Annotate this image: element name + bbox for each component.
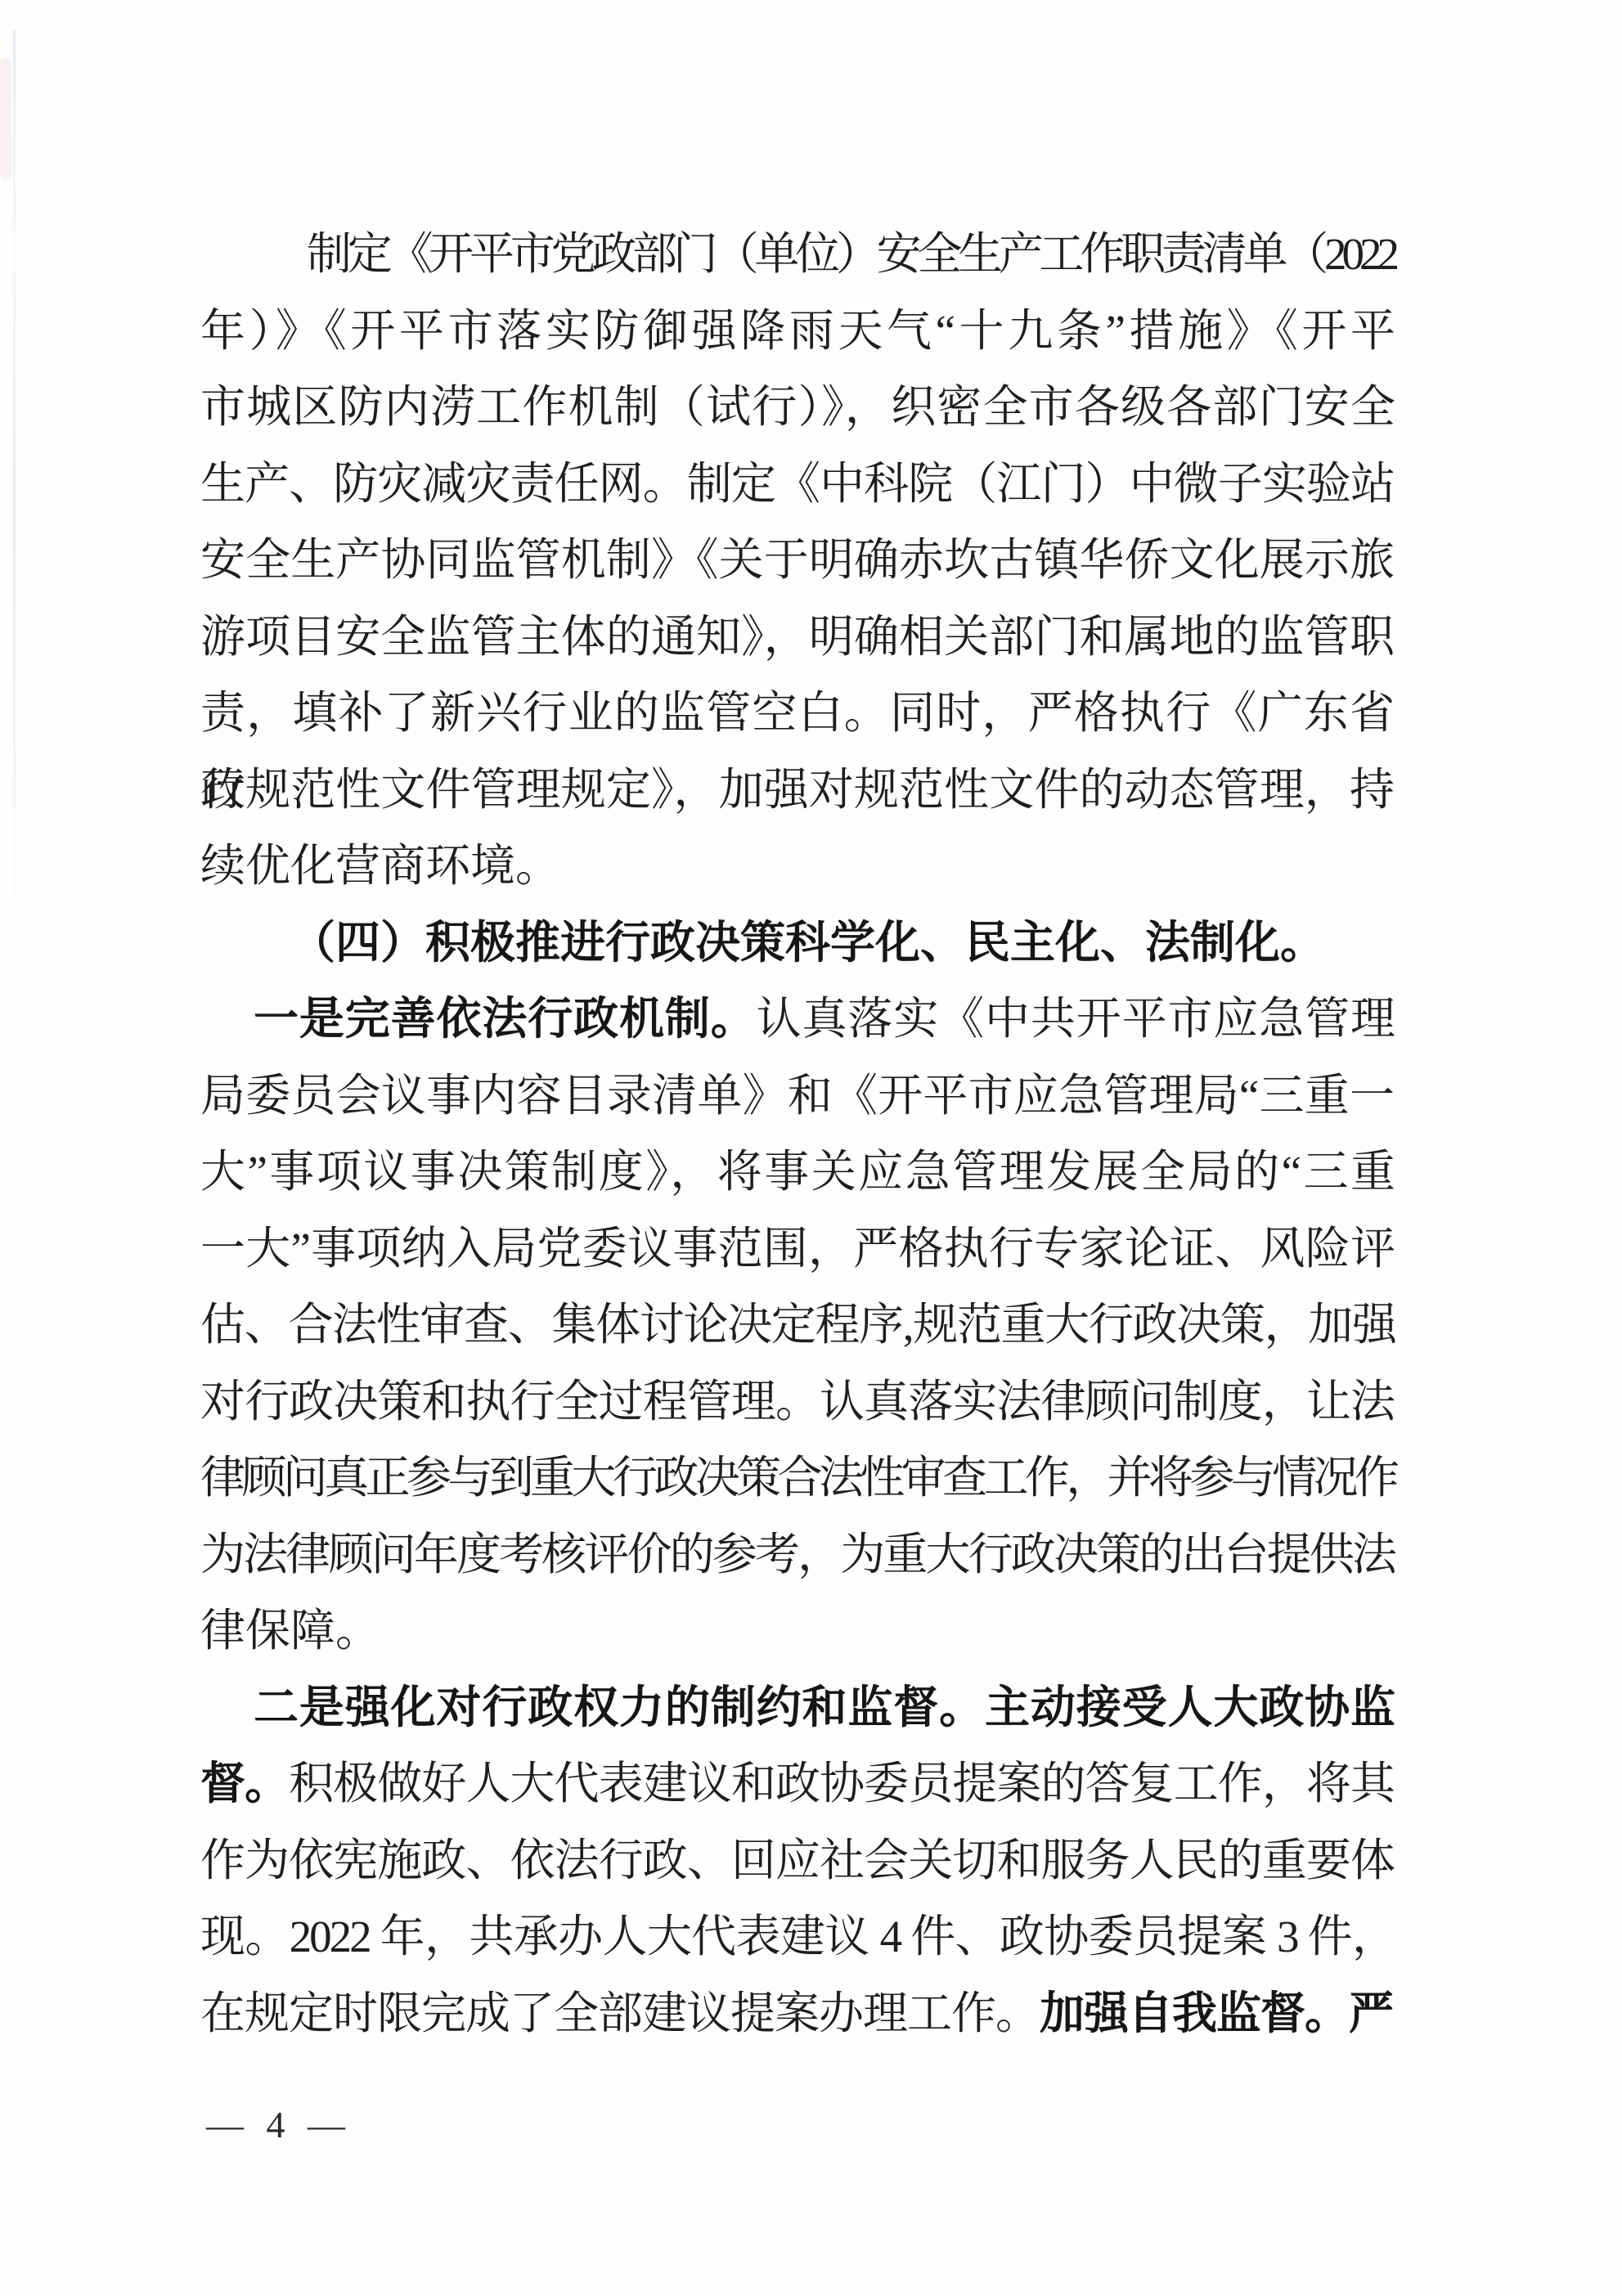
- text-segment: 大”事项议事决策制度》，将事关应急管理发展全局的“三重: [200, 1147, 1395, 1197]
- text-segment: 在规定时限完成了全部建议提案办理工作。: [200, 1988, 1040, 2038]
- text-segment: 政规范性文件管理规定》，加强对规范性文件的动态管理，持: [200, 765, 1395, 815]
- text-line: 一大”事项纳入局党委议事范围，严格执行专家论证、风险评: [200, 1211, 1395, 1287]
- text-line: 续优化营商环境。: [200, 828, 1395, 905]
- text-segment: 一大”事项纳入局党委议事范围，严格执行专家论证、风险评: [200, 1224, 1395, 1274]
- text-segment: 律顾问真正参与到重大行政决策合法性审查工作，并将参与情况作: [200, 1453, 1395, 1503]
- text-segment: 对行政决策和执行全过程管理。认真落实法律顾问制度，让法: [200, 1377, 1395, 1427]
- text-line: 游项目安全监管主体的通知》，明确相关部门和属地的监管职: [200, 599, 1395, 676]
- text-line: 一是完善依法行政机制。认真落实《中共开平市应急管理: [200, 981, 1395, 1058]
- text-line: 制定《开平市党政部门（单位）安全生产工作职责清单（2022: [200, 216, 1395, 293]
- text-line: 现。2022 年，共承办人大代表建议 4 件、政协委员提案 3 件，: [200, 1898, 1395, 1975]
- bold-text-segment: （四）积极推进行政决策科学化、民主化、法制化。: [290, 917, 1325, 968]
- text-line: 年）》《开平市落实防御强降雨天气“十九条”措施》《开平: [200, 293, 1395, 370]
- text-line: 在规定时限完成了全部建议提案办理工作。加强自我监督。严: [200, 1975, 1395, 2052]
- text-segment: 制定《开平市党政部门（单位）安全生产工作职责清单（2022: [307, 229, 1395, 279]
- bold-text-segment: 督。: [200, 1758, 289, 1808]
- text-line: 律保障。: [200, 1593, 1395, 1669]
- text-line: 对行政决策和执行全过程管理。认真落实法律顾问制度，让法: [200, 1364, 1395, 1440]
- text-segment: 律保障。: [200, 1606, 380, 1656]
- text-line: 局委员会议事内容目录清单》和《开平市应急管理局“三重一: [200, 1058, 1395, 1135]
- text-segment: 局委员会议事内容目录清单》和《开平市应急管理局“三重一: [200, 1071, 1395, 1121]
- scan-artifact-smudge: [0, 57, 11, 180]
- text-line: 大”事项议事决策制度》，将事关应急管理发展全局的“三重: [200, 1134, 1395, 1211]
- document-page: 制定《开平市党政部门（单位）安全生产工作职责清单（2022年）》《开平市落实防御…: [0, 0, 1622, 2296]
- bold-text-segment: 加强自我监督。严: [1040, 1988, 1393, 2038]
- text-line: 安全生产协同监管机制》《关于明确赤坎古镇华侨文化展示旅: [200, 522, 1395, 599]
- text-line: 为法律顾问年度考核评价的参考，为重大行政决策的出台提供法: [200, 1516, 1395, 1593]
- page-number: — 4 —: [206, 2101, 352, 2150]
- text-line: （四）积极推进行政决策科学化、民主化、法制化。: [200, 905, 1395, 982]
- text-segment: 游项目安全监管主体的通知》，明确相关部门和属地的监管职: [200, 612, 1395, 662]
- text-segment: 安全生产协同监管机制》《关于明确赤坎古镇华侨文化展示旅: [200, 535, 1395, 585]
- bold-text-segment: 二是强化对行政权力的制约和监督。主动接受人大政协监: [254, 1682, 1395, 1732]
- text-line: 估、合法性审查、集体讨论决定程序,规范重大行政决策，加强: [200, 1287, 1395, 1364]
- text-segment: 年）》《开平市落实防御强降雨天气“十九条”措施》《开平: [200, 306, 1395, 356]
- text-line: 责，填补了新兴行业的监管空白。同时，严格执行《广东省行: [200, 675, 1395, 752]
- text-line: 市城区防内涝工作机制（试行）》，织密全市各级各部门安全: [200, 369, 1395, 446]
- text-line: 作为依宪施政、依法行政、回应社会关切和服务人民的重要体: [200, 1822, 1395, 1899]
- text-segment: 续优化营商环境。: [200, 841, 560, 891]
- text-segment: 市城区防内涝工作机制（试行）》，织密全市各级各部门安全: [200, 382, 1395, 432]
- text-segment: 生产、防灾减灾责任网。制定《中科院（江门）中微子实验站: [200, 459, 1395, 509]
- text-segment: 为法律顾问年度考核评价的参考，为重大行政决策的出台提供法: [200, 1530, 1395, 1579]
- bold-text-segment: 一是完善依法行政机制。: [254, 993, 757, 1044]
- text-line: 二是强化对行政权力的制约和监督。主动接受人大政协监: [200, 1669, 1395, 1746]
- text-line: 督。积极做好人大代表建议和政协委员提案的答复工作，将其: [200, 1746, 1395, 1822]
- text-segment: 作为依宪施政、依法行政、回应社会关切和服务人民的重要体: [200, 1835, 1395, 1885]
- document-body: 制定《开平市党政部门（单位）安全生产工作职责清单（2022年）》《开平市落实防御…: [200, 216, 1395, 2051]
- text-line: 政规范性文件管理规定》，加强对规范性文件的动态管理，持: [200, 752, 1395, 829]
- text-segment: 积极做好人大代表建议和政协委员提案的答复工作，将其: [289, 1759, 1395, 1808]
- text-segment: 现。2022 年，共承办人大代表建议 4 件、政协委员提案 3 件，: [200, 1912, 1395, 1961]
- text-line: 生产、防灾减灾责任网。制定《中科院（江门）中微子实验站: [200, 446, 1395, 523]
- scan-artifact-line: [13, 29, 16, 896]
- text-segment: 估、合法性审查、集体讨论决定程序,规范重大行政决策，加强: [200, 1300, 1395, 1350]
- text-segment: 认真落实《中共开平市应急管理: [757, 994, 1395, 1044]
- text-line: 律顾问真正参与到重大行政决策合法性审查工作，并将参与情况作: [200, 1440, 1395, 1516]
